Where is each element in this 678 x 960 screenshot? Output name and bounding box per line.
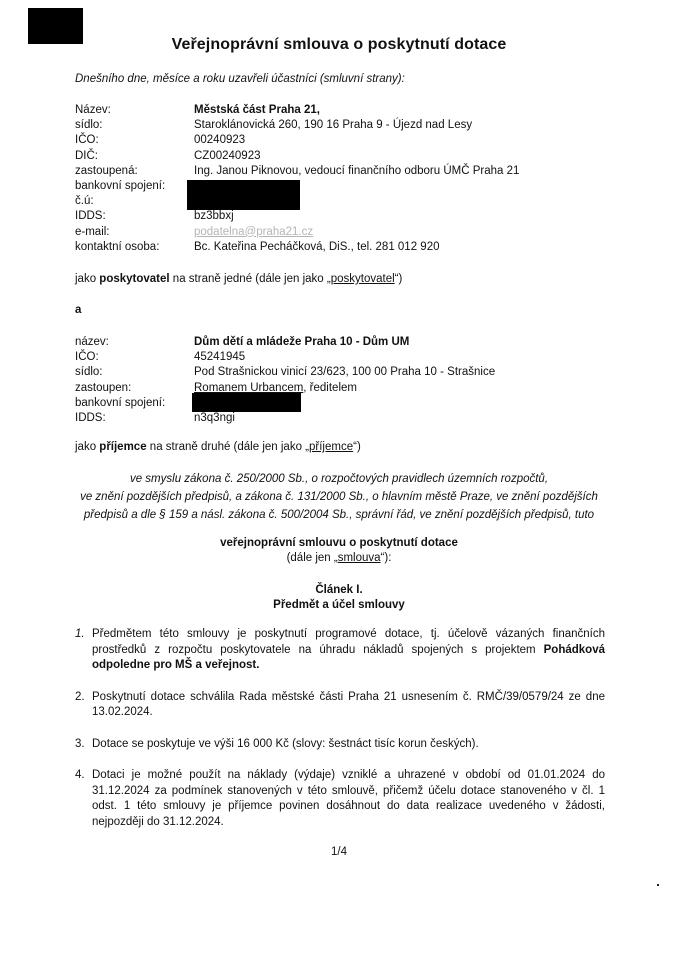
provider-email-link[interactable]: podatelna@praha21.cz: [194, 225, 313, 240]
alias-text: “):: [381, 552, 392, 564]
recipient-address-row: sídlo: Pod Strašnickou vinicí 23/623, 10…: [75, 365, 495, 380]
field-label: e-mail:: [75, 225, 194, 240]
redaction-provider-bank: [187, 180, 300, 210]
article-item: 1. Předmětem této smlouvy je poskytnutí …: [75, 627, 605, 674]
contract-designation: veřejnoprávní smlouvu o poskytnutí dotac…: [0, 536, 678, 566]
provider-address-row: sídlo: Staroklánovická 260, 190 16 Praha…: [75, 118, 519, 133]
field-label: název:: [75, 335, 194, 350]
field-label: bankovní spojení:: [75, 179, 194, 194]
field-label: č.ú:: [75, 194, 194, 209]
role-bold: příjemce: [99, 441, 146, 453]
item-text: Poskytnutí dotace schválila Rada městské…: [92, 691, 605, 719]
field-label: IČO:: [75, 133, 194, 148]
field-label: IDDS:: [75, 411, 194, 426]
document-page: Veřejnoprávní smlouva o poskytnutí dotac…: [0, 0, 678, 960]
field-label: Název:: [75, 103, 194, 118]
provider-name: Městská část Praha 21,: [194, 103, 320, 118]
provider-address: Staroklánovická 260, 190 16 Praha 9 - Új…: [194, 118, 472, 133]
article-item: 2. Poskytnutí dotace schválila Rada měst…: [75, 690, 605, 721]
role-defined-term: příjemce: [309, 441, 353, 453]
provider-ico: 00240923: [194, 133, 245, 148]
article-header: Článek I. Předmět a účel smlouvy: [0, 583, 678, 613]
provider-idds: bz3bbxj: [194, 209, 234, 224]
role-text: jako: [75, 441, 99, 453]
redaction-recipient-bank: [192, 393, 301, 412]
contract-name: veřejnoprávní smlouvu o poskytnutí dotac…: [0, 536, 678, 551]
page-number: 1/4: [0, 846, 678, 858]
contract-alias: (dále jen „smlouva“):: [0, 551, 678, 566]
role-bold: poskytovatel: [99, 273, 169, 285]
role-text: na straně jedné (dále jen jako „: [170, 273, 331, 285]
intro-text: Dnešního dne, měsíce a roku uzavřeli úča…: [75, 73, 405, 85]
article-item: 4. Dotaci je možné použít na náklady (vý…: [75, 768, 605, 830]
article-heading: Předmět a účel smlouvy: [0, 598, 678, 613]
recipient-idds: n3q3ngi: [194, 411, 235, 426]
recipient-name: Dům dětí a mládeže Praha 10 - Dům UM: [194, 335, 409, 350]
provider-name-row: Název: Městská část Praha 21,: [75, 103, 519, 118]
recipient-name-row: název: Dům dětí a mládeže Praha 10 - Dům…: [75, 335, 495, 350]
item-text: Dotaci je možné použít na náklady (výdaj…: [92, 769, 605, 828]
scan-speck: [657, 884, 659, 886]
recipient-ico: 45241945: [194, 350, 245, 365]
item-text: Předmětem této smlouvy je poskytnutí pro…: [92, 628, 605, 656]
item-text: Dotace se poskytuje ve výši 16 000 Kč (s…: [92, 738, 479, 750]
representative-title: , ředitelem: [303, 382, 357, 394]
alias-defined-term: smlouva: [338, 552, 381, 564]
field-label: zastoupen:: [75, 381, 194, 396]
recipient-idds-row: IDDS: n3q3ngi: [75, 411, 495, 426]
provider-role: jako poskytovatel na straně jedné (dále …: [75, 273, 402, 285]
item-number: 4.: [75, 768, 85, 784]
provider-email-row: e-mail: podatelna@praha21.cz: [75, 225, 519, 240]
field-label: bankovní spojení:: [75, 396, 194, 411]
field-label: IČO:: [75, 350, 194, 365]
article-items: 1. Předmětem této smlouvy je poskytnutí …: [75, 627, 605, 846]
role-text: na straně druhé (dále jen jako „: [147, 441, 309, 453]
document-title: Veřejnoprávní smlouva o poskytnutí dotac…: [0, 36, 678, 54]
item-number: 3.: [75, 737, 85, 753]
provider-ico-row: IČO: 00240923: [75, 133, 519, 148]
provider-contact-row: kontaktní osoba: Bc. Kateřina Pecháčková…: [75, 240, 519, 255]
provider-dic-row: DIČ: CZ00240923: [75, 149, 519, 164]
field-label: sídlo:: [75, 118, 194, 133]
role-defined-term: poskytovatel: [331, 273, 395, 285]
field-label: IDDS:: [75, 209, 194, 224]
representative-name: Romanem Urbancem: [194, 382, 303, 394]
recipient-role: jako příjemce na straně druhé (dále jen …: [75, 441, 361, 453]
recipient-details: název: Dům dětí a mládeže Praha 10 - Dům…: [75, 335, 495, 426]
provider-representative: Ing. Janou Piknovou, vedoucí finančního …: [194, 164, 519, 179]
field-label: DIČ:: [75, 149, 194, 164]
legal-basis: ve smyslu zákona č. 250/2000 Sb., o rozp…: [0, 470, 678, 524]
provider-dic: CZ00240923: [194, 149, 261, 164]
item-number: 1.: [75, 627, 85, 643]
role-text: jako: [75, 273, 99, 285]
legal-basis-line: ve smyslu zákona č. 250/2000 Sb., o rozp…: [0, 470, 678, 488]
alias-text: (dále jen „: [287, 552, 338, 564]
field-label: zastoupená:: [75, 164, 194, 179]
article-number: Článek I.: [0, 583, 678, 598]
item-number: 2.: [75, 690, 85, 706]
role-text: “): [395, 273, 403, 285]
recipient-address: Pod Strašnickou vinicí 23/623, 100 00 Pr…: [194, 365, 495, 380]
legal-basis-line: ve znění pozdějších předpisů, a zákona č…: [0, 488, 678, 506]
field-label: sídlo:: [75, 365, 194, 380]
field-label: kontaktní osoba:: [75, 240, 194, 255]
provider-details: Název: Městská část Praha 21, sídlo: Sta…: [75, 103, 519, 255]
provider-idds-row: IDDS: bz3bbxj: [75, 209, 519, 224]
provider-contact: Bc. Kateřina Pecháčková, DiS., tel. 281 …: [194, 240, 439, 255]
legal-basis-line: předpisů a dle § 159 a násl. zákona č. 5…: [0, 506, 678, 524]
provider-representative-row: zastoupená: Ing. Janou Piknovou, vedoucí…: [75, 164, 519, 179]
article-item: 3. Dotace se poskytuje ve výši 16 000 Kč…: [75, 737, 605, 753]
recipient-ico-row: IČO: 45241945: [75, 350, 495, 365]
role-text: “): [353, 441, 361, 453]
conjunction: a: [75, 304, 81, 316]
